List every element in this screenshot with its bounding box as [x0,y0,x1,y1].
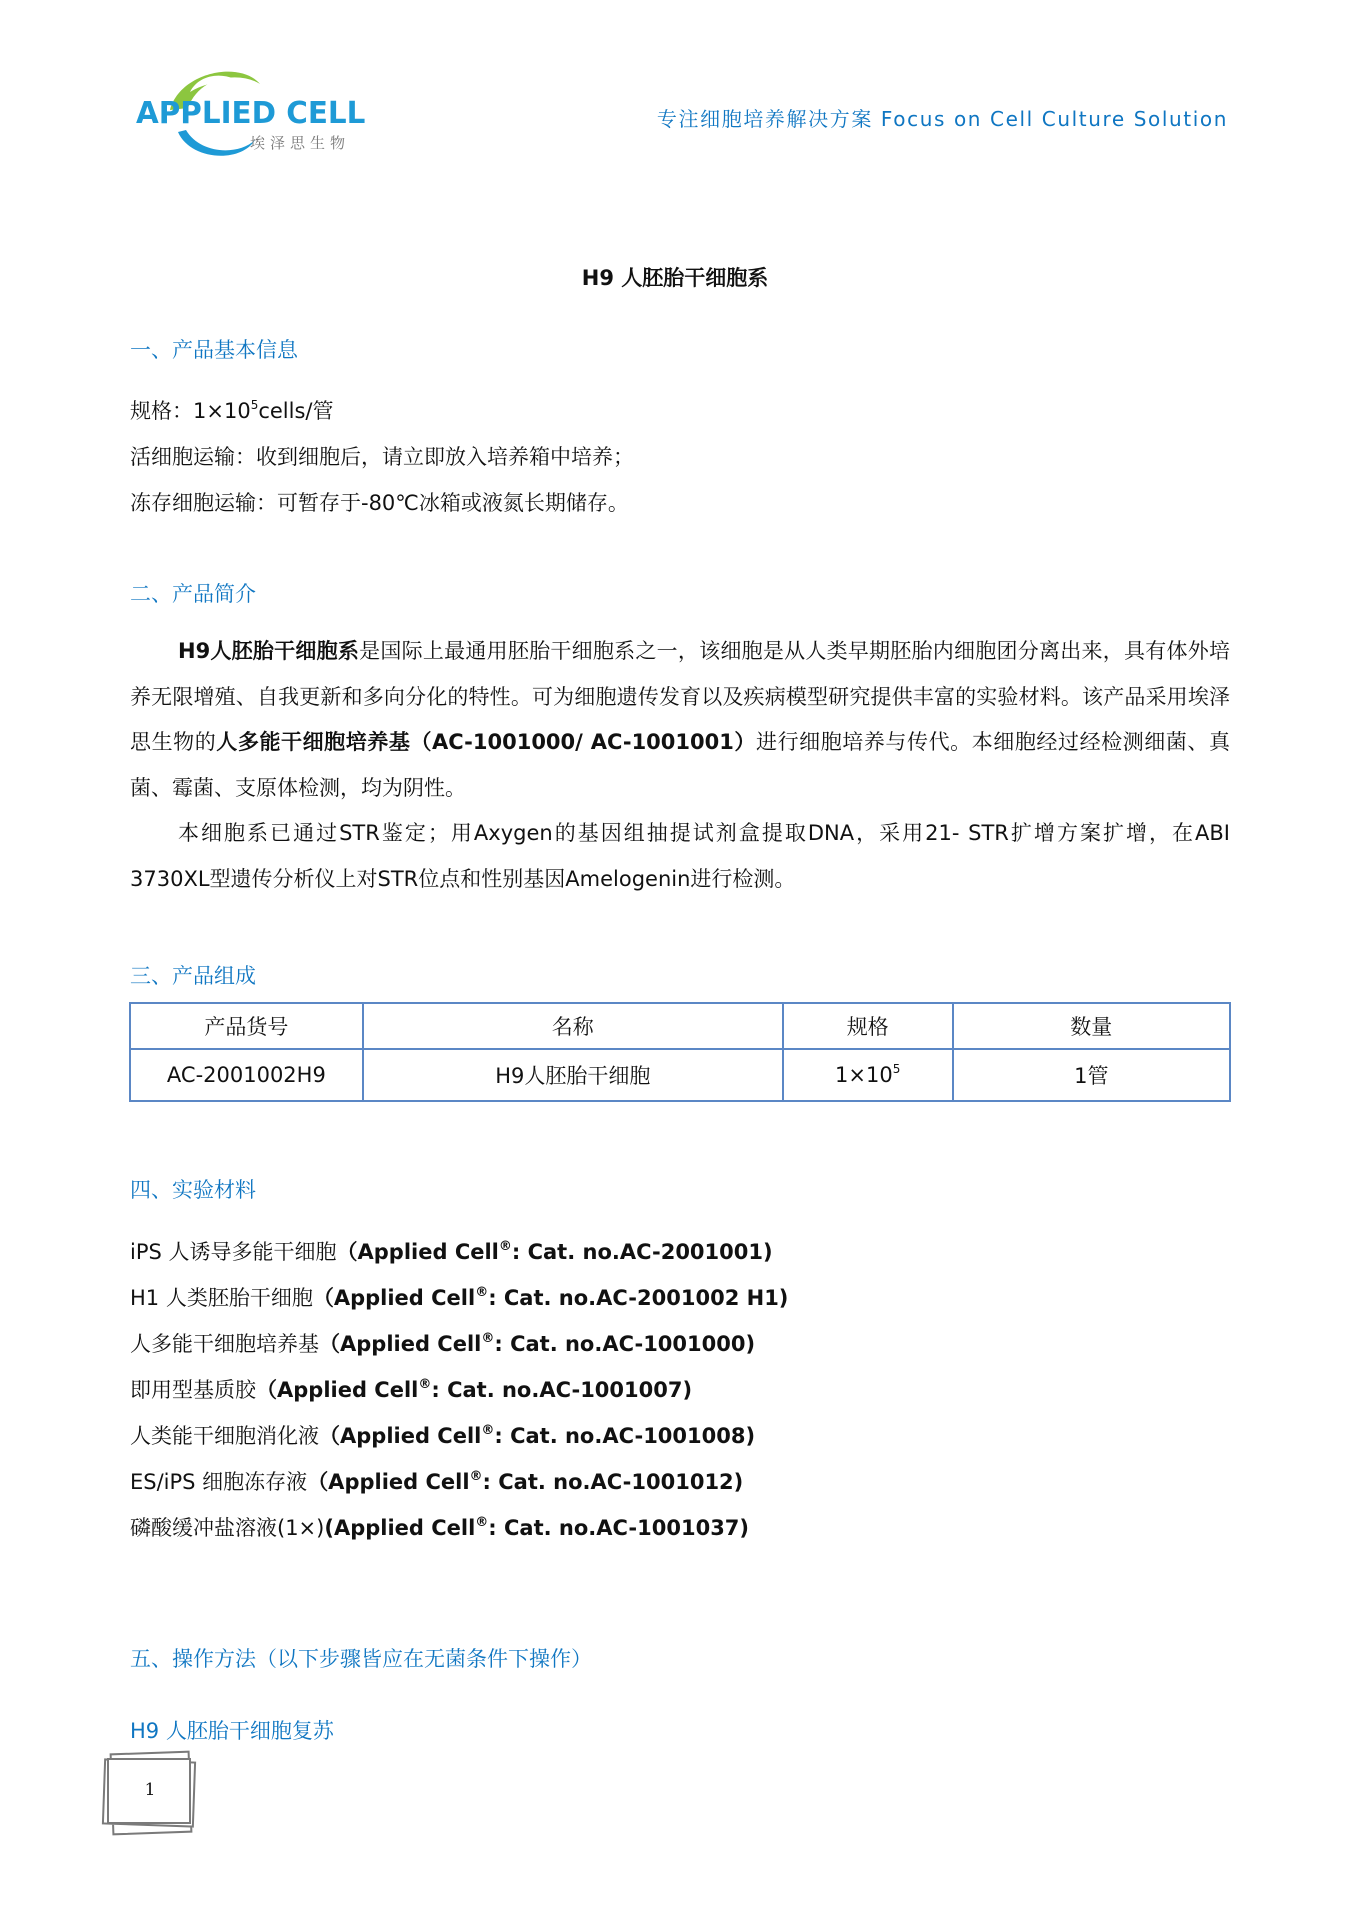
spec-line: 规格：1×105cells/管 [130,395,333,425]
material-name: H1 人类胚胎干细胞 [130,1286,313,1310]
section-heading-intro: 二、产品简介 [130,578,256,608]
material-catalog: （Applied Cell®: Cat. no.AC-1001007) [256,1378,692,1402]
spec-unit: cells/管 [258,399,333,423]
cell-line-name: H9人胚胎干细胞系 [178,639,359,663]
cell-qty: 1管 [953,1049,1230,1101]
section-heading-procedure: 五、操作方法（以下步骤皆应在无菌条件下操作） [130,1643,592,1673]
culture-medium-ref: 人多能干细胞培养基（AC-1001000/ AC-1001001） [216,730,756,754]
material-item: 人多能干细胞培养基（Applied Cell®: Cat. no.AC-1001… [130,1328,755,1358]
material-item: ES/iPS 细胞冻存液（Applied Cell®: Cat. no.AC-1… [130,1466,743,1496]
subheading-recovery: H9 人胚胎干细胞复苏 [130,1715,334,1745]
material-item: 磷酸缓冲盐溶液(1×)(Applied Cell®: Cat. no.AC-10… [130,1512,749,1542]
section-heading-basic-info: 一、产品基本信息 [130,334,298,364]
cell-spec-exponent: 5 [893,1062,901,1076]
material-catalog: （Applied Cell®: Cat. no.AC-1001008) [319,1424,755,1448]
material-name: iPS 人诱导多能干细胞 [130,1240,337,1264]
material-item: H1 人类胚胎干细胞（Applied Cell®: Cat. no.AC-200… [130,1282,788,1312]
col-header-cat: 产品货号 [130,1003,363,1049]
intro-paragraph-1: H9人胚胎干细胞系是国际上最通用胚胎干细胞系之一，该细胞是从人类早期胚胎内细胞团… [130,629,1230,811]
cell-spec: 1×105 [783,1049,953,1101]
col-header-name: 名称 [363,1003,783,1049]
material-catalog: （Applied Cell®: Cat. no.AC-1001000) [319,1332,755,1356]
material-catalog: （Applied Cell®: Cat. no.AC-1001012) [307,1470,743,1494]
page-number: 1 [105,1780,195,1800]
logo-wordmark: APPLIED CELL [136,96,365,131]
col-header-spec: 规格 [783,1003,953,1049]
cell-name: H9人胚胎干细胞 [363,1049,783,1101]
material-name: 磷酸缓冲盐溶液(1×) [130,1516,324,1540]
company-logo: APPLIED CELL 埃泽思生物 [130,62,380,162]
material-name: ES/iPS 细胞冻存液 [130,1470,307,1494]
logo-chinese-name: 埃泽思生物 [250,132,350,153]
section-heading-materials: 四、实验材料 [130,1174,256,1204]
page-number-box: 1 [105,1758,195,1833]
material-name: 人类能干细胞消化液 [130,1424,319,1448]
col-header-qty: 数量 [953,1003,1230,1049]
section-heading-composition: 三、产品组成 [130,960,256,990]
frozen-transport-line: 冻存细胞运输：可暂存于-80℃冰箱或液氮长期储存。 [130,487,629,517]
header-tagline: 专注细胞培养解决方案 Focus on Cell Culture Solutio… [657,103,1228,132]
material-item: 人类能干细胞消化液（Applied Cell®: Cat. no.AC-1001… [130,1420,755,1450]
material-item: 即用型基质胶（Applied Cell®: Cat. no.AC-1001007… [130,1374,692,1404]
material-item: iPS 人诱导多能干细胞（Applied Cell®: Cat. no.AC-2… [130,1236,773,1266]
cell-spec-base: 1×10 [835,1063,893,1087]
material-catalog: （Applied Cell®: Cat. no.AC-2001002 H1) [313,1286,789,1310]
live-transport-line: 活细胞运输：收到细胞后，请立即放入培养箱中培养； [130,441,634,471]
document-title: H9 人胚胎干细胞系 [0,262,1350,292]
material-catalog: (Applied Cell®: Cat. no.AC-1001037) [324,1516,749,1540]
table-row: AC-2001002H9 H9人胚胎干细胞 1×105 1管 [130,1049,1230,1101]
spec-label: 规格：1×10 [130,399,251,423]
cell-cat: AC-2001002H9 [130,1049,363,1101]
intro-paragraph-2: 本细胞系已通过STR鉴定；用Axygen的基因组抽提试剂盒提取DNA，采用21-… [130,811,1230,902]
composition-table: 产品货号 名称 规格 数量 AC-2001002H9 H9人胚胎干细胞 1×10… [129,1002,1231,1102]
material-name: 即用型基质胶 [130,1378,256,1402]
material-catalog: （Applied Cell®: Cat. no.AC-2001001) [337,1240,773,1264]
intro-body: H9人胚胎干细胞系是国际上最通用胚胎干细胞系之一，该细胞是从人类早期胚胎内细胞团… [130,629,1230,902]
table-header-row: 产品货号 名称 规格 数量 [130,1003,1230,1049]
material-name: 人多能干细胞培养基 [130,1332,319,1356]
